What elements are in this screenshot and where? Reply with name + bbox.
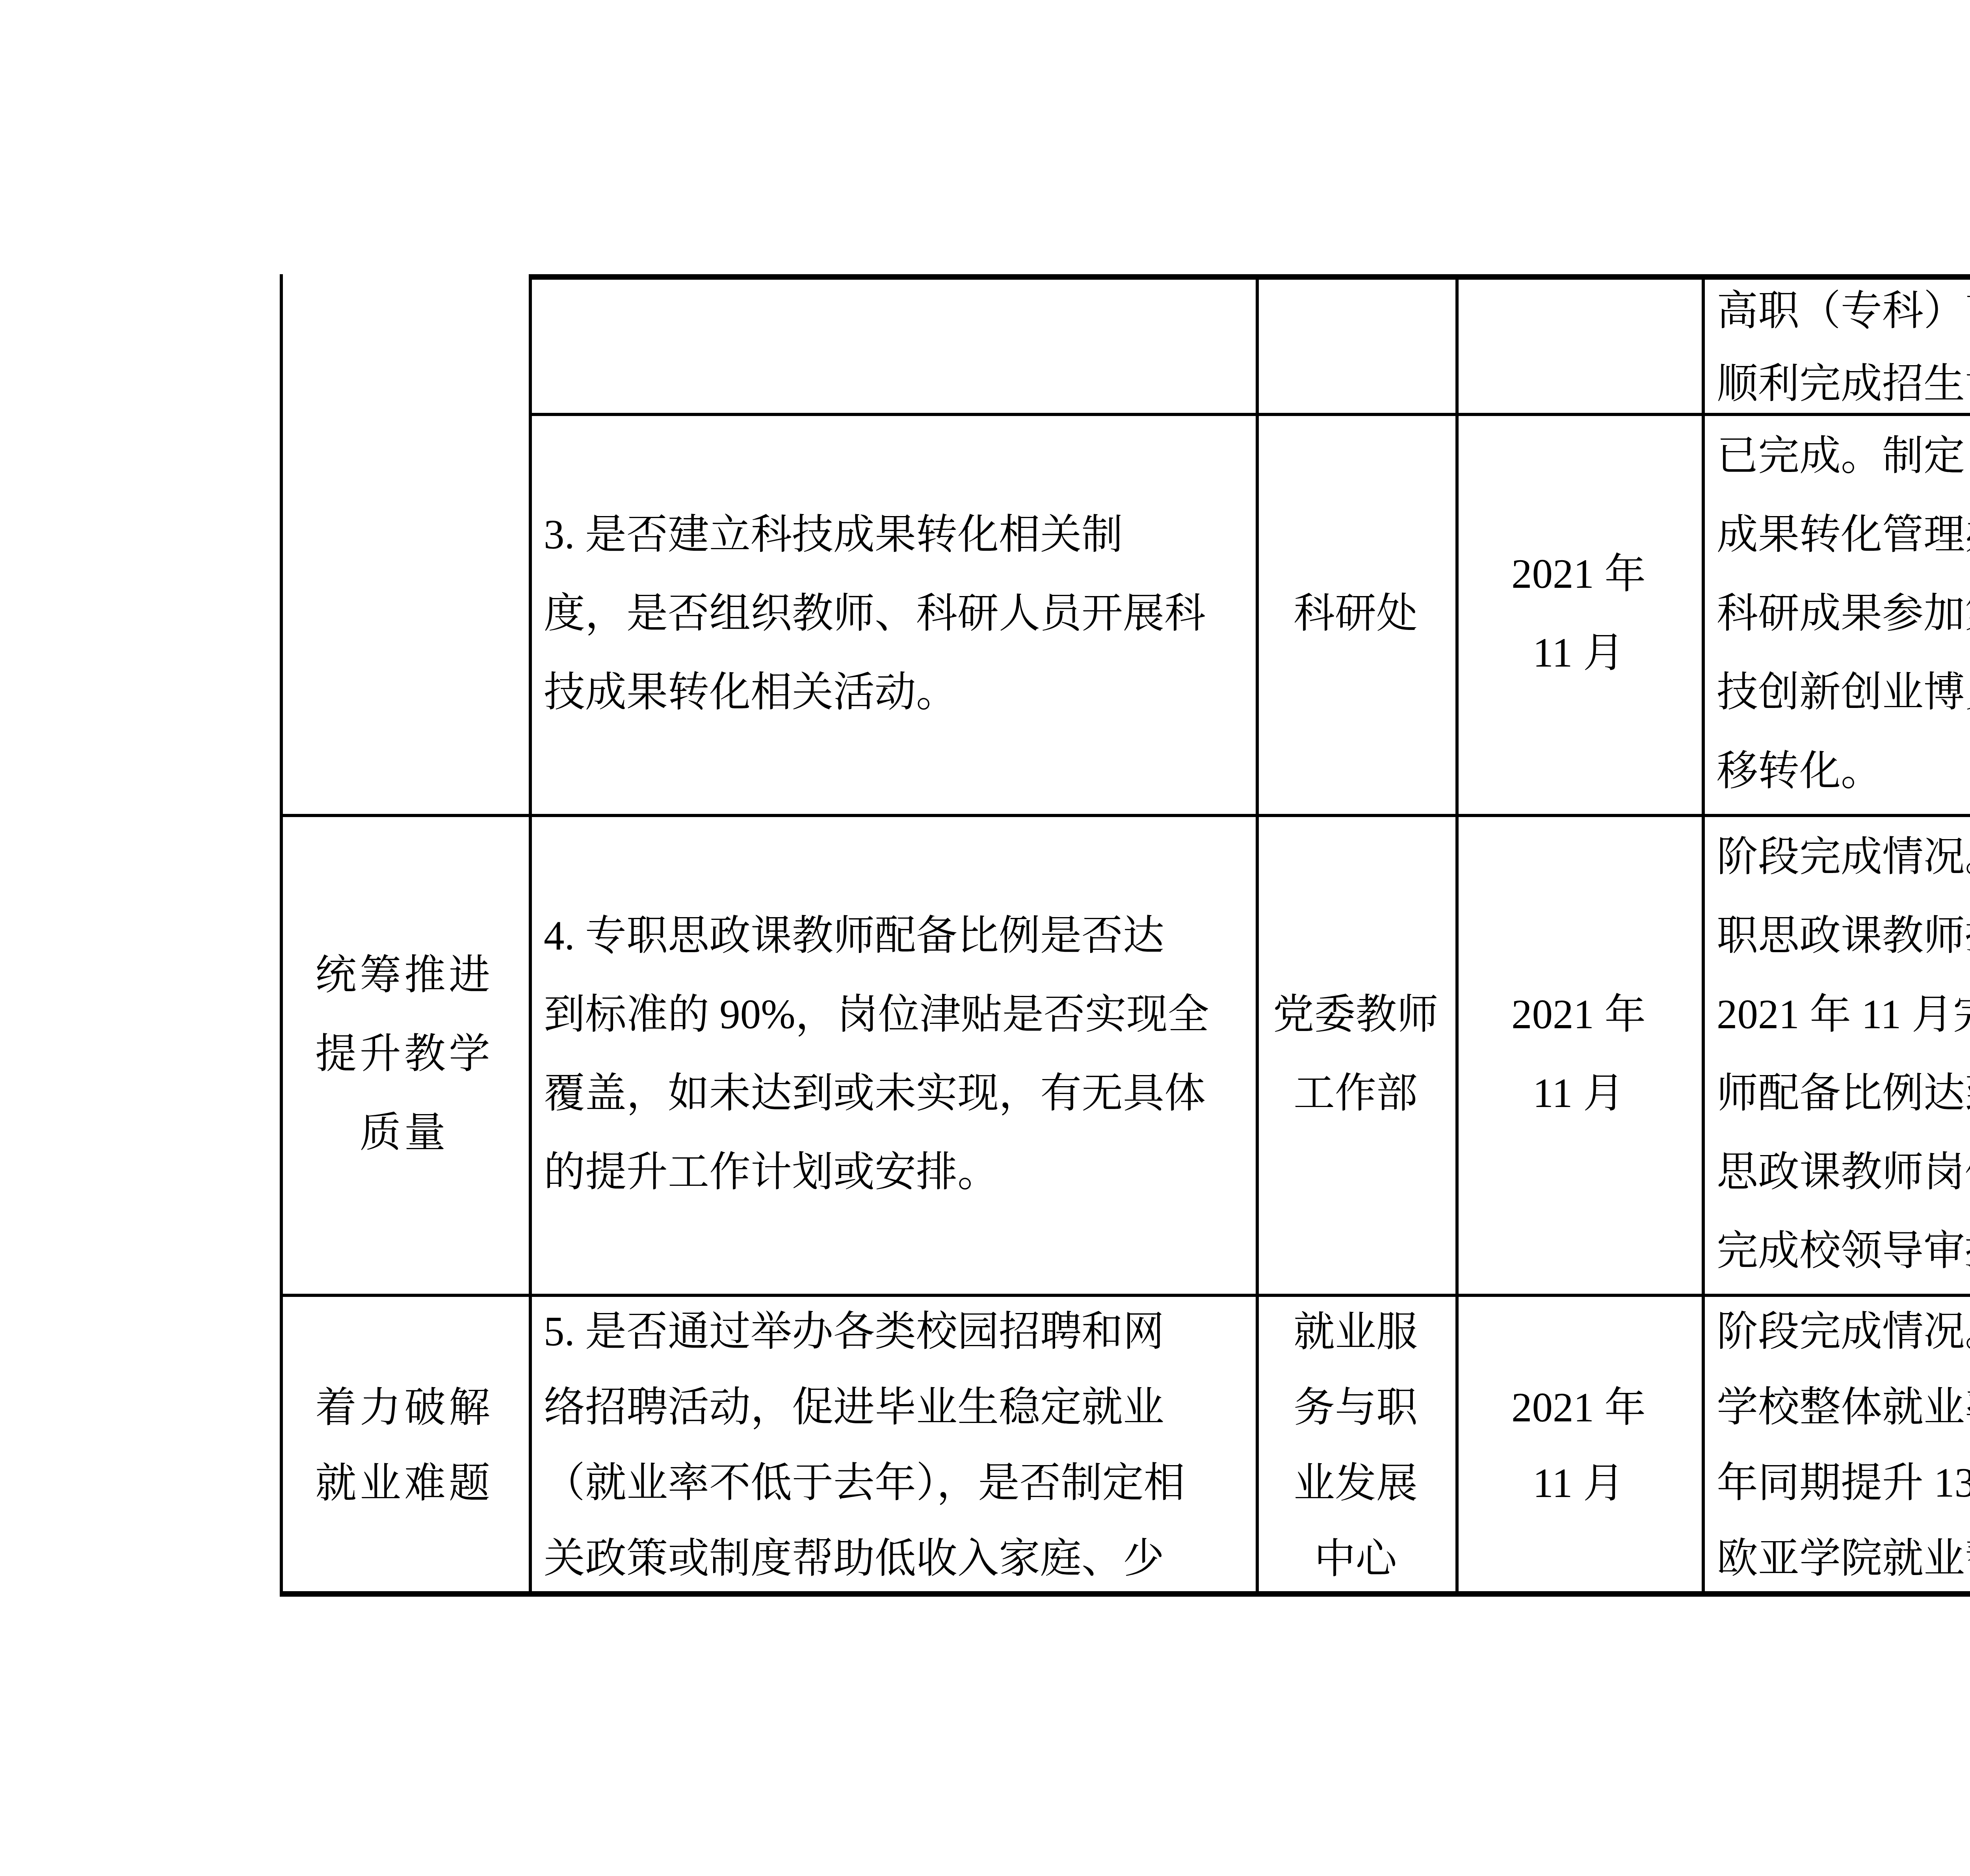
cell-line: 就业服 — [1294, 1294, 1418, 1370]
table-cell-date-row2: 2021 年 11 月 — [1455, 413, 1702, 814]
cell-line: 思政课教师岗位津贴设立申请已 — [1717, 1133, 1970, 1211]
cell-line: 阶段完成情况。截止 5 月 25 日， — [1717, 1294, 1970, 1369]
table-border-row3-row4 — [280, 1294, 1970, 1297]
table-border-left — [280, 274, 283, 1597]
cell-line: 中心 — [1314, 1521, 1397, 1597]
table-border-bottom — [280, 1591, 1970, 1597]
cell-line: 度，是否组织教师、科研人员开展科 — [544, 574, 1206, 653]
table-border-row1-row2 — [529, 413, 1970, 416]
cell-line: 到标准的 90%，岗位津贴是否实现全 — [544, 975, 1209, 1054]
cell-line: 质量 — [360, 1093, 449, 1172]
table-cell-date-row4: 2021 年 11 月 — [1455, 1294, 1702, 1597]
cell-line: 顺利完成招生计划。 — [1717, 347, 1970, 420]
cell-line: 高职（专科）南疆计划 3 名，并 — [1717, 274, 1970, 347]
cell-line: 提升教学 — [315, 1014, 493, 1093]
table-cell-status-row1: 高职（专科）南疆计划 3 名，并 顺利完成招生计划。 — [1702, 274, 1970, 413]
cell-line: 统筹推进 — [315, 936, 493, 1014]
review-table: 高职（专科）南疆计划 3 名，并 顺利完成招生计划。 3. 是否建立科技成果转化… — [280, 274, 1970, 1597]
cell-line: 党委教师 — [1273, 975, 1438, 1054]
cell-line: 2021 年 — [1511, 975, 1646, 1054]
table-cell-task-row3: 4. 专职思政课教师配备比例是否达 到标准的 90%，岗位津贴是否实现全 覆盖，… — [529, 814, 1256, 1294]
table-cell-dept-row2: 科研处 — [1256, 413, 1455, 814]
cell-line: 技成果转化相关活动。 — [544, 653, 957, 732]
cell-line: 阶段完成情况。指定专人负责专 — [1717, 817, 1970, 896]
cell-line: 11 月 — [1533, 613, 1624, 692]
cell-line: 5. 是否通过举办各类校园招聘和网 — [544, 1294, 1164, 1369]
cell-line: 11 月 — [1533, 1445, 1624, 1521]
cell-line: （就业率不低于去年），是否制定相 — [544, 1445, 1185, 1521]
table-cell-status-row3: 阶段完成情况。指定专人负责专 职思政课教师招聘工作，计划 2021 年 11 月… — [1702, 814, 1970, 1294]
cell-line: 已完成。制定《西安欧亚学院科技 — [1717, 416, 1970, 495]
table-cell-status-row4: 阶段完成情况。截止 5 月 25 日， 学校整体就业率为 72.20%，比去 年… — [1702, 1294, 1970, 1597]
cell-line: 工作部 — [1294, 1054, 1418, 1133]
table-cell-dept-row3: 党委教师 工作部 — [1256, 814, 1455, 1294]
cell-line: 2021 年 — [1511, 1370, 1646, 1445]
cell-line: 完成校领导审批并开始执行。 — [1717, 1211, 1970, 1290]
cell-line: 学校整体就业率为 72.20%，比去 — [1717, 1369, 1970, 1445]
cell-line: 2021 年 11 月完成专职思政课教 — [1717, 975, 1970, 1054]
cell-line: 的提升工作计划或安排。 — [544, 1133, 999, 1211]
cell-line: 着力破解 — [315, 1370, 493, 1445]
cell-line: 技创新创业博览会，促进成果转 — [1717, 653, 1970, 732]
table-cell-task-row2: 3. 是否建立科技成果转化相关制 度，是否组织教师、科研人员开展科 技成果转化相… — [529, 413, 1256, 814]
cell-line: 移转化。 — [1717, 732, 1882, 810]
cell-line: 成果转化管理办法》，组织 11 项 — [1717, 495, 1970, 574]
table-cell-category-row4: 着力破解 就业难题 — [280, 1294, 529, 1597]
document-page: 高职（专科）南疆计划 3 名，并 顺利完成招生计划。 3. 是否建立科技成果转化… — [0, 0, 1970, 1876]
cell-line: 就业难题 — [315, 1445, 493, 1521]
cell-line: 师配备比例达到标准的 90%。专职 — [1717, 1054, 1970, 1133]
table-border-col3-col4 — [1455, 274, 1459, 1597]
cell-line: 科研成果参加第四届陕西国际科 — [1717, 574, 1970, 653]
table-border-row2-row3 — [280, 814, 1970, 817]
table-cell-category-row3: 统筹推进 提升教学 质量 — [280, 814, 529, 1294]
table-border-col1-col2 — [529, 274, 532, 1597]
cell-line: 11 月 — [1533, 1054, 1624, 1133]
cell-line: 覆盖，如未达到或未实现，有无具体 — [544, 1054, 1206, 1133]
cell-line: 职思政课教师招聘工作，计划 — [1717, 896, 1970, 975]
cell-line: 络招聘活动，促进毕业生稳定就业 — [544, 1369, 1164, 1445]
cell-line: 科研处 — [1294, 574, 1418, 653]
cell-line: 3. 是否建立科技成果转化相关制 — [544, 495, 1123, 574]
table-cell-dept-row4: 就业服 务与职 业发展 中心 — [1256, 1294, 1455, 1597]
table-cell-status-row2: 已完成。制定《西安欧亚学院科技 成果转化管理办法》，组织 11 项 科研成果参加… — [1702, 413, 1970, 814]
table-border-top — [529, 274, 1970, 280]
cell-line: 务与职 — [1294, 1370, 1418, 1445]
table-border-col2-col3 — [1256, 274, 1259, 1597]
cell-line: 欧亚学院就业帮扶工作措施》，精 — [1717, 1521, 1970, 1596]
cell-line: 2021 年 — [1511, 535, 1646, 613]
cell-line: 业发展 — [1294, 1445, 1418, 1521]
cell-line: 4. 专职思政课教师配备比例是否达 — [544, 896, 1164, 975]
table-cell-task-row4: 5. 是否通过举办各类校园招聘和网 络招聘活动，促进毕业生稳定就业 （就业率不低… — [529, 1294, 1256, 1597]
table-border-col4-col5 — [1702, 274, 1705, 1597]
cell-line: 年同期提升 13.31%。制定《西安 — [1717, 1445, 1970, 1521]
table-cell-date-row3: 2021 年 11 月 — [1455, 814, 1702, 1294]
cell-line: 关政策或制度帮助低收入家庭、少 — [544, 1521, 1164, 1596]
